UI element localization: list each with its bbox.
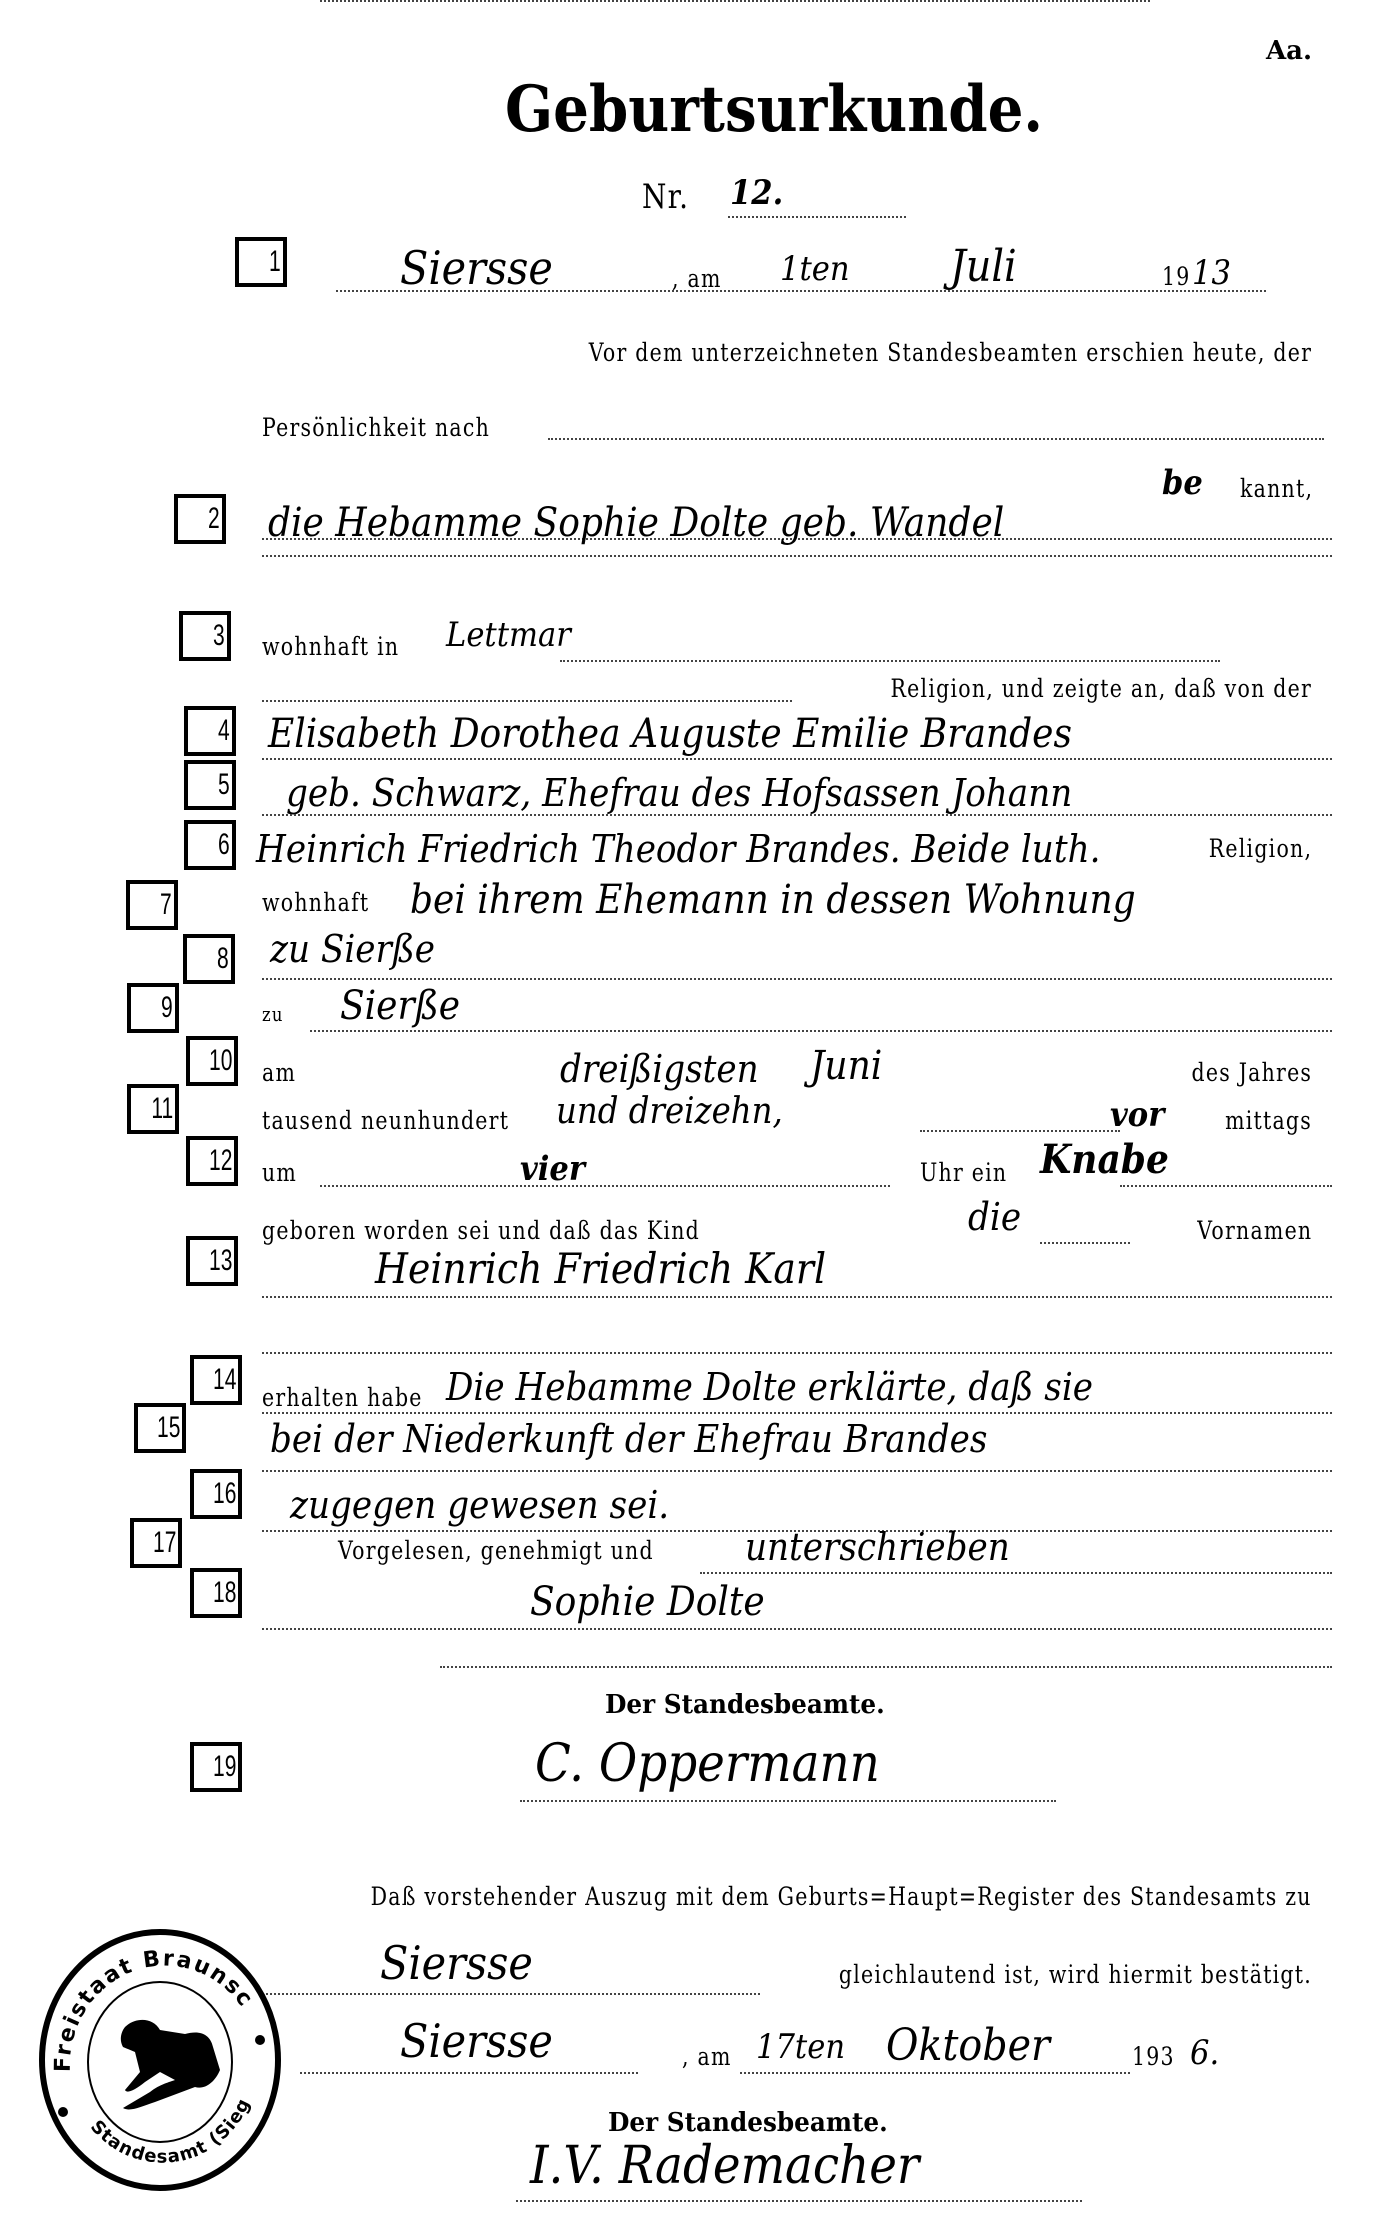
- official-seal-stamp: Freistaat Braunschweig Standesamt (Siege…: [35, 1922, 285, 2192]
- declarant-signature: Sophie Dolte: [530, 1582, 765, 1622]
- mother-residence-line-7: bei ihrem Ehemann in dessen Wohnung: [410, 880, 1136, 920]
- registration-day: 1ten: [780, 252, 850, 286]
- document-title: Geburtsurkunde.: [505, 72, 1043, 147]
- place-at-label: zu: [262, 1004, 284, 1024]
- year-hand: 13: [1192, 256, 1231, 290]
- signed-dotline: [700, 1572, 1332, 1574]
- number-dotline: [728, 216, 906, 218]
- residence-dotline: [560, 660, 1220, 662]
- hour-dotline: [320, 1185, 890, 1187]
- number-label: Nr.: [642, 180, 689, 214]
- certification-signature-dotline: [516, 2200, 1082, 2202]
- mother-residence-line-8: zu Sierße: [270, 930, 435, 968]
- child-article: die: [968, 1198, 1021, 1236]
- sex-dotline: [1120, 1185, 1332, 1187]
- field-marker-12: 12: [186, 1136, 238, 1186]
- intro-line-1: Vor dem unterzeichneten Standesbeamten e…: [589, 340, 1312, 365]
- article-dotline: [1040, 1242, 1130, 1244]
- birth-certificate-page: Aa. Geburtsurkunde. Nr. 12. 1 Siersse , …: [0, 0, 1392, 2224]
- oclock-label: Uhr ein: [920, 1160, 1007, 1185]
- birth-on-label: am: [262, 1060, 296, 1085]
- issue-place-dotline: [300, 2072, 638, 2074]
- certification-place-dotline: [262, 1993, 760, 1995]
- field-marker-8: 8: [183, 934, 235, 984]
- issue-year-hand: 6.: [1190, 2036, 1219, 2070]
- residence-label: wohnhaft in: [262, 634, 399, 659]
- remark-dotline-15: [262, 1470, 1332, 1472]
- remark-line-15: bei der Niederkunft der Ehefrau Brandes: [270, 1420, 987, 1458]
- given-names-label: Vornamen: [1197, 1218, 1312, 1243]
- born-line: geboren worden sei und daß das Kind: [262, 1218, 700, 1243]
- birth-hour: vier: [520, 1152, 585, 1186]
- field-marker-6: 6: [184, 820, 236, 870]
- declarant-residence: Lettmar: [446, 618, 571, 652]
- field-marker-16: 16: [190, 1469, 242, 1519]
- horse-emblem-icon: [121, 2020, 220, 2110]
- official-signature: C. Oppermann: [535, 1738, 880, 1790]
- declarant-dotline-upper: [262, 555, 1332, 557]
- field-marker-1: 1: [235, 237, 287, 287]
- given-names-dotline: [262, 1296, 1332, 1298]
- certification-place: Siersse: [380, 1940, 533, 1986]
- birth-day: dreißigsten: [560, 1050, 759, 1088]
- mother-religion-label: Religion,: [1209, 836, 1312, 861]
- registration-place: Siersse: [400, 245, 553, 291]
- birth-date-dotline: [320, 0, 1150, 2]
- field-marker-14: 14: [190, 1355, 242, 1405]
- mother-dotline-5: [262, 814, 1332, 816]
- residence-dotline-8: [262, 978, 1332, 980]
- remark-line-14: Die Hebamme Dolte erklärte, daß sie: [446, 1368, 1093, 1406]
- mother-line-6: Heinrich Friedrich Theodor Brandes. Beid…: [256, 830, 1100, 868]
- field-marker-18: 18: [190, 1568, 242, 1618]
- received-label: erhalten habe: [262, 1385, 423, 1410]
- given-names: Heinrich Friedrich Karl: [375, 1248, 826, 1290]
- hour-label: um: [262, 1160, 297, 1185]
- certification-official-signature: I.V. Rademacher: [530, 2140, 919, 2192]
- field-marker-2: 2: [174, 494, 226, 544]
- field-marker-4: 4: [184, 706, 236, 756]
- certification-line-1: Daß vorstehender Auszug mit dem Geburts=…: [371, 1884, 1312, 1909]
- declarant-signature-dotline: [262, 1628, 1332, 1630]
- religion-line: Religion, und zeigte an, daß von der: [891, 676, 1312, 701]
- read-approved-label: Vorgelesen, genehmigt und: [338, 1538, 654, 1563]
- noon-label: mittags: [1225, 1108, 1312, 1133]
- birth-ampm: vor: [1110, 1098, 1164, 1132]
- form-code: Aa.: [1266, 36, 1312, 66]
- remark-dotline-14: [262, 1412, 1332, 1414]
- official-heading: Der Standesbeamte.: [605, 1690, 885, 1720]
- religion-dotline: [262, 700, 792, 702]
- ampm-dotline: [920, 1130, 1120, 1132]
- year-printed: 19: [1162, 264, 1191, 289]
- certification-line-2: gleichlautend ist, wird hiermit bestätig…: [839, 1962, 1312, 1987]
- field-marker-5: 5: [184, 760, 236, 810]
- mother-dotline-4: [262, 758, 1332, 760]
- known-hand: be: [1162, 466, 1203, 500]
- birth-place: Sierße: [340, 986, 460, 1026]
- issue-date-dotline: [740, 2072, 1130, 2074]
- date-prefix: , am: [672, 266, 722, 291]
- birth-year-words: und dreizehn,: [556, 1094, 783, 1130]
- field-marker-19: 19: [190, 1742, 242, 1792]
- number-value: 12.: [730, 176, 783, 210]
- declarant-name: die Hebamme Sophie Dolte geb. Wandel: [268, 503, 1004, 543]
- issue-place: Siersse: [400, 2018, 553, 2064]
- extra-dotline: [440, 1666, 1332, 1668]
- birth-place-dotline: [310, 1030, 1332, 1032]
- known-printed: kannt,: [1240, 476, 1313, 501]
- field-marker-7: 7: [126, 880, 178, 930]
- official-signature-dotline: [520, 1800, 1056, 1802]
- field-marker-10: 10: [186, 1036, 238, 1086]
- issue-day: 17ten: [756, 2030, 845, 2064]
- field-marker-3: 3: [179, 611, 231, 661]
- mother-residence-label: wohnhaft: [262, 890, 369, 915]
- signed-word: unterschrieben: [745, 1528, 1010, 1566]
- child-sex: Knabe: [1040, 1140, 1169, 1180]
- year-label: des Jahres: [1191, 1060, 1312, 1085]
- identity-label: Persönlichkeit nach: [262, 415, 490, 440]
- given-names-dotline-2: [262, 1352, 1332, 1354]
- mother-line-5: geb. Schwarz, Ehefrau des Hofsassen Joha…: [286, 774, 1072, 812]
- birth-month: Juni: [810, 1046, 882, 1086]
- field-marker-11: 11: [127, 1084, 179, 1134]
- issue-month: Oktober: [886, 2024, 1050, 2068]
- field-marker-17: 17: [130, 1518, 182, 1568]
- field-marker-15: 15: [134, 1403, 186, 1453]
- field-marker-13: 13: [186, 1236, 238, 1286]
- thousand-label: tausend neunhundert: [262, 1108, 509, 1133]
- remark-line-16: zugegen gewesen sei.: [290, 1486, 669, 1524]
- issue-date-prefix: , am: [682, 2044, 732, 2069]
- certification-official-heading: Der Standesbeamte.: [608, 2108, 888, 2138]
- registration-month: Juli: [950, 245, 1017, 289]
- field-marker-9: 9: [127, 983, 179, 1033]
- identity-dotline: [548, 438, 1324, 440]
- issue-year-printed: 193: [1132, 2044, 1175, 2069]
- mother-line-4: Elisabeth Dorothea Auguste Emilie Brande…: [268, 714, 1072, 754]
